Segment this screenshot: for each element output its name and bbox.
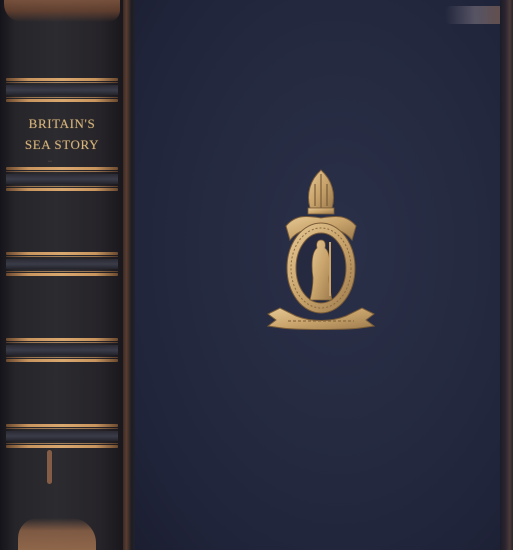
spine-scratch (47, 450, 52, 484)
spine-wear-bottom (18, 518, 96, 550)
book-spine: BRITAIN'S SEA STORY ·· (0, 0, 125, 550)
gilt-crest-icon (266, 168, 376, 333)
spine-band (6, 252, 118, 276)
spine-title-line1: BRITAIN'S (8, 113, 116, 134)
spine-band (6, 338, 118, 362)
spine-band (6, 167, 118, 191)
spine-title: BRITAIN'S SEA STORY (8, 113, 116, 155)
volume-mark: ·· (48, 159, 68, 162)
board-wear (445, 6, 505, 24)
spine-wear-top (4, 0, 120, 22)
board-edge (500, 0, 513, 550)
spine-title-line2: SEA STORY (8, 134, 116, 155)
spine-band (6, 78, 118, 102)
spine-band (6, 424, 118, 448)
book-photo: BRITAIN'S SEA STORY ·· (0, 0, 513, 550)
